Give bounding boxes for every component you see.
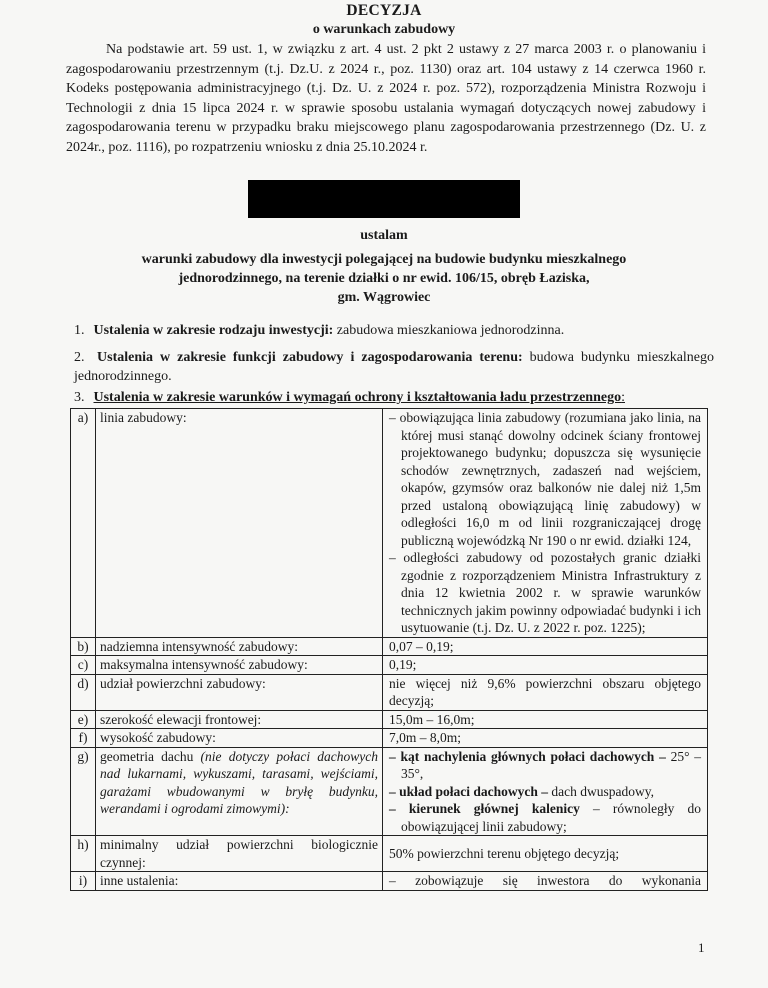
roof-geometry-label: geometria dachu [100, 749, 193, 764]
row-value: 50% powierzchni terenu objętego decyzją; [383, 836, 708, 872]
row-label: geometria dachu (nie dotyczy połaci dach… [96, 747, 383, 836]
section-1: 1. Ustalenia w zakresie rodzaju inwestyc… [74, 321, 714, 340]
table-row-e: e) szerokość elewacji frontowej: 15,0m –… [71, 710, 708, 729]
roof-slope-item: – kąt nachylenia głównych połaci dachowy… [389, 748, 701, 783]
document-page: DECYZJA o warunkach zabudowy Na podstawi… [0, 0, 768, 988]
row-label: inne ustalenia: [96, 872, 383, 891]
row-label: maksymalna intensywność zabudowy: [96, 656, 383, 675]
table-row-f: f) wysokość zabudowy: 7,0m – 8,0m; [71, 729, 708, 748]
row-label: udział powierzchni zabudowy: [96, 674, 383, 710]
section-3: 3. Ustalenia w zakresie warunków i wymag… [74, 388, 714, 407]
section-text: : [621, 390, 625, 405]
table-row-c: c) maksymalna intensywność zabudowy: 0,1… [71, 656, 708, 675]
row-letter: i) [71, 872, 96, 891]
row-label: szerokość elewacji frontowej: [96, 710, 383, 729]
row-letter: b) [71, 637, 96, 656]
row-value: – obowiązująca linia zabudowy (rozumiana… [383, 409, 708, 638]
table-row-a: a) linia zabudowy: – obowiązująca linia … [71, 409, 708, 638]
row-letter: d) [71, 674, 96, 710]
section-heading: Ustalenia w zakresie rodzaju inwestycji: [94, 323, 334, 338]
row-letter: e) [71, 710, 96, 729]
row-value: 0,07 – 0,19; [383, 637, 708, 656]
row-letter: c) [71, 656, 96, 675]
section-number: 2. [74, 348, 90, 367]
row-letter: g) [71, 747, 96, 836]
roof-layout-item: – układ połaci dachowych – dach dwuspado… [389, 783, 701, 801]
section-number: 1. [74, 321, 90, 340]
section-heading: Ustalenia w zakresie funkcji zabudowy i … [97, 350, 523, 365]
row-letter: f) [71, 729, 96, 748]
row-label: wysokość zabudowy: [96, 729, 383, 748]
table-row-d: d) udział powierzchni zabudowy: nie więc… [71, 674, 708, 710]
subject-line-2: jednorodzinnego, na terenie działki o nr… [100, 269, 668, 288]
table-row-b: b) nadziemna intensywność zabudowy: 0,07… [71, 637, 708, 656]
legal-basis-paragraph: Na podstawie art. 59 ust. 1, w związku z… [66, 40, 706, 157]
row-letter: a) [71, 409, 96, 638]
subject-line-3: gm. Wągrowiec [100, 288, 668, 307]
section-2: 2. Ustalenia w zakresie funkcji zabudowy… [74, 348, 714, 386]
document-title: DECYZJA [0, 2, 768, 20]
row-value: 15,0m – 16,0m; [383, 710, 708, 729]
row-value: 7,0m – 8,0m; [383, 729, 708, 748]
subject-line-1: warunki zabudowy dla inwestycji polegają… [100, 250, 668, 269]
row-label: nadziemna intensywność zabudowy: [96, 637, 383, 656]
redacted-block [248, 180, 520, 218]
row-label: minimalny udział powierzchni biologiczni… [96, 836, 383, 872]
row-letter: h) [71, 836, 96, 872]
ridge-direction-item: – kierunek głównej kalenicy – równoległy… [389, 800, 701, 835]
decision-subject: warunki zabudowy dla inwestycji polegają… [100, 250, 668, 307]
row-value: nie więcej niż 9,6% powierzchni obszaru … [383, 674, 708, 710]
decision-verb: ustalam [0, 228, 768, 244]
document-subtitle: o warunkach zabudowy [0, 22, 768, 38]
table-row-g: g) geometria dachu (nie dotyczy połaci d… [71, 747, 708, 836]
row-label: linia zabudowy: [96, 409, 383, 638]
section-text: zabudowa mieszkaniowa jednorodzinna. [333, 323, 564, 338]
table-row-i: i) inne ustalenia: – zobowiązuje się inw… [71, 872, 708, 891]
row-value: 0,19; [383, 656, 708, 675]
page-number: 1 [698, 940, 705, 956]
section-heading: Ustalenia w zakresie warunków i wymagań … [94, 390, 622, 405]
row-value: – kąt nachylenia głównych połaci dachowy… [383, 747, 708, 836]
table-row-h: h) minimalny udział powierzchni biologic… [71, 836, 708, 872]
boundary-distance-item: – odległości zabudowy od pozostałych gra… [389, 549, 701, 637]
building-line-item: – obowiązująca linia zabudowy (rozumiana… [389, 409, 701, 549]
conditions-table: a) linia zabudowy: – obowiązująca linia … [70, 408, 708, 891]
row-value: – zobowiązuje się inwestora do wykonania [383, 872, 708, 891]
section-number: 3. [74, 388, 90, 407]
